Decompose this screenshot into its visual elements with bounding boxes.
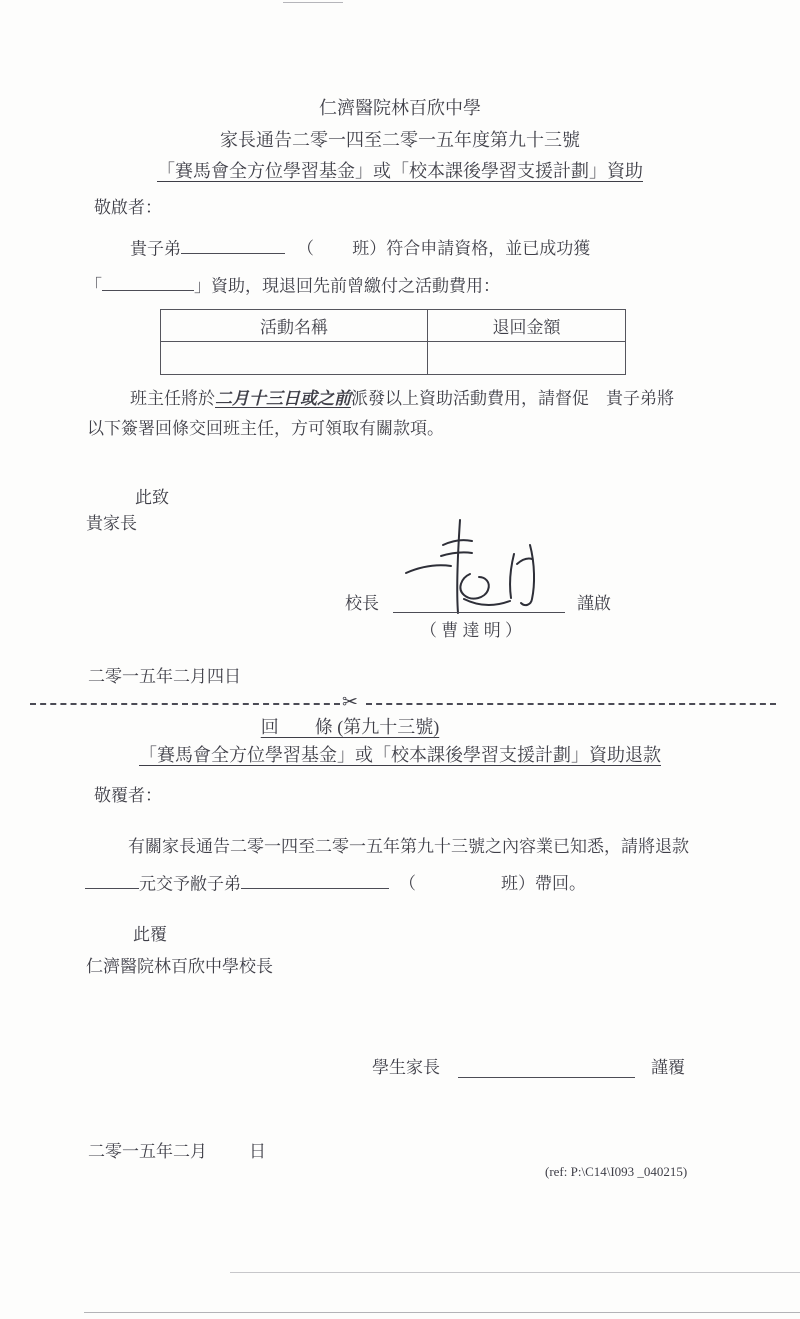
reply-title-wrap: 回 條 (第九十三號) xyxy=(0,716,700,739)
refund-activity-cell xyxy=(161,342,428,375)
reply-date: 二零一五年二月日 xyxy=(88,1141,266,1164)
para1-line2: 「」資助，現退回先前曾繳付之活動費用： xyxy=(85,273,500,298)
reply-addressee: 仁濟醫院林百欣中學校長 xyxy=(86,956,273,979)
principal-signature xyxy=(398,516,563,616)
reply-subject-wrap: 「賽馬會全方位學習基金」或「校本課後學習支援計劃」資助退款 xyxy=(0,744,800,767)
reply-date-prefix: 二零一五年二月 xyxy=(88,1142,207,1161)
refund-table-data-row xyxy=(161,342,626,375)
reply-this-reply: 此覆 xyxy=(133,924,167,947)
principal-label: 校長 xyxy=(345,593,379,616)
refund-amount-cell xyxy=(428,342,626,375)
scan-artifact-bottom xyxy=(84,1312,800,1313)
school-name: 仁濟醫院林百欣中學 xyxy=(0,97,800,120)
reference-code: (ref: P:\C14\I093 _040215) xyxy=(545,1164,687,1180)
reply-body-line2: 元交予敝子弟（ 班）帶回。 xyxy=(85,871,586,896)
para1-line1: 貴子弟（ 班）符合申請資格，並已成功獲 xyxy=(130,236,590,261)
notice-date: 二零一五年二月四日 xyxy=(88,666,241,689)
parent-signature-line xyxy=(458,1077,635,1078)
scissors-icon: ✂ xyxy=(342,691,358,713)
reply-date-suffix: 日 xyxy=(249,1142,266,1161)
notice-number: 家長通告二零一四至二零一五年度第九十三號 xyxy=(0,129,800,152)
reply-title: 回 條 (第九十三號) xyxy=(261,717,440,737)
notice-subject: 「賽馬會全方位學習基金」或「校本課後學習支援計劃」資助 xyxy=(0,160,800,183)
reply-body-line2-seg2: （ 班）帶回。 xyxy=(399,874,586,893)
deadline-text: 二月十三日或之前 xyxy=(215,389,351,408)
refund-table-header-row: 活動名稱 退回金額 xyxy=(161,310,626,342)
reply-body-line2-seg1: 元交予敝子弟 xyxy=(139,874,241,893)
para1-seg1: 貴子弟 xyxy=(130,239,181,258)
para2-seg1: 班主任將於 xyxy=(130,389,215,408)
refund-amount-blank xyxy=(85,871,139,889)
refund-table: 活動名稱 退回金額 xyxy=(160,309,626,375)
closing-this-to: 此致 xyxy=(135,487,169,510)
refund-table-header-activity: 活動名稱 xyxy=(161,310,428,342)
reply-student-name-blank xyxy=(241,871,389,889)
para1-seg3: 」資助，現退回先前曾繳付之活動費用： xyxy=(194,276,500,295)
para2-seg2: 派發以上資助活動費用，請督促 貴子弟將 xyxy=(351,389,674,408)
reply-salutation: 敬覆者： xyxy=(94,785,162,808)
scanned-notice-page: 仁濟醫院林百欣中學 家長通告二零一四至二零一五年度第九十三號 「賽馬會全方位學習… xyxy=(0,0,800,1319)
para2-line1: 班主任將於二月十三日或之前派發以上資助活動費用，請督促 貴子弟將 xyxy=(130,388,674,411)
closing-addressee: 貴家長 xyxy=(86,513,137,536)
reply-body-line1: 有關家長通告二零一四至二零一五年第九十三號之內容業已知悉，請將退款 xyxy=(128,836,689,859)
student-name-blank xyxy=(181,236,285,254)
fund-name-blank xyxy=(102,273,194,291)
scan-artifact-top xyxy=(283,2,343,3)
refund-table-header-amount: 退回金額 xyxy=(428,310,626,342)
principal-complimentary: 謹啟 xyxy=(577,593,611,616)
scan-artifact-mid xyxy=(230,1272,800,1273)
principal-name: （ 曹 達 明 ） xyxy=(420,620,522,643)
parent-complimentary: 謹覆 xyxy=(651,1057,685,1080)
parent-label: 學生家長 xyxy=(372,1057,440,1080)
para1-open-quote: 「 xyxy=(85,276,102,295)
reply-subject: 「賽馬會全方位學習基金」或「校本課後學習支援計劃」資助退款 xyxy=(139,745,661,765)
para1-seg2: （ 班）符合申請資格，並已成功獲 xyxy=(297,239,590,258)
notice-subject-text: 「賽馬會全方位學習基金」或「校本課後學習支援計劃」資助 xyxy=(157,161,643,181)
cut-line-right xyxy=(366,703,776,705)
principal-signature-line xyxy=(393,612,565,613)
salutation: 敬啟者： xyxy=(94,197,162,220)
cut-line-left xyxy=(30,703,340,705)
para2-line2: 以下簽署回條交回班主任，方可領取有關款項。 xyxy=(87,418,444,441)
